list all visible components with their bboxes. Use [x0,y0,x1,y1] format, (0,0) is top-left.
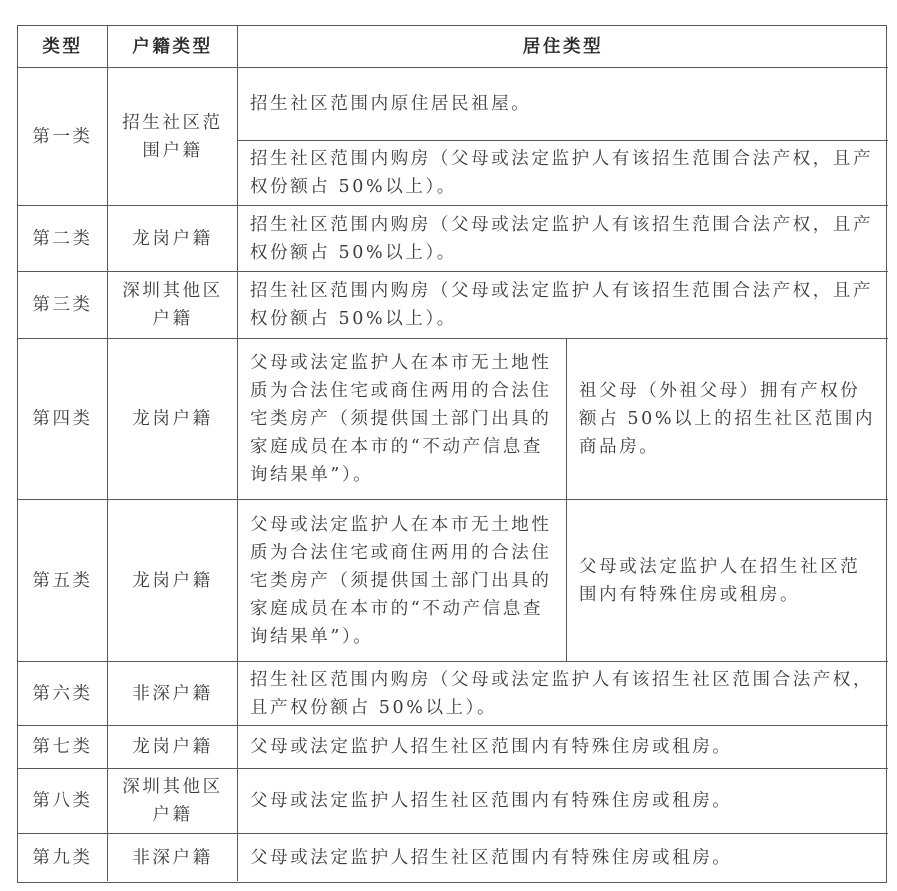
row-5-hukou: 龙岗户籍 [108,500,238,662]
residence-text: 父母或法定监护人在本市无土地性质为合法住宅或商住两用的合法住宅类房产（须提供国土… [250,349,560,489]
header-hukou-type-label: 户籍类型 [132,33,212,61]
residence-text: 父母或法定监护人招生社区范围内有特殊住房或租房。 [250,844,732,872]
type-label: 第二类 [32,225,92,253]
hukou-label: 龙岗户籍 [132,733,212,761]
residence-text: 父母或法定监护人在本市无土地性质为合法住宅或商住两用的合法住宅类房产（须提供国土… [250,511,560,651]
row-1-residence-b: 招生社区范围内购房（父母或法定监护人有该招生范围合法产权，且产权份额占 50%以… [238,141,888,206]
row-2-residence: 招生社区范围内购房（父母或法定监护人有该招生范围合法产权，且产权份额占 50%以… [238,206,888,272]
hukou-label: 招生社区范围户籍 [118,109,227,165]
residence-text: 招生社区范围内购房（父母或法定监护人有该招生范围合法产权，且产权份额占 50%以… [250,277,880,333]
row-3-residence: 招生社区范围内购房（父母或法定监护人有该招生范围合法产权，且产权份额占 50%以… [238,272,888,339]
hukou-label: 龙岗户籍 [132,405,212,433]
header-hukou-type: 户籍类型 [108,26,238,68]
hukou-label: 非深户籍 [132,844,212,872]
residence-text: 祖父母（外祖父母）拥有产权份额占 50%以上的招生社区范围内商品房。 [579,377,880,461]
row-8-residence: 父母或法定监护人招生社区范围内有特殊住房或租房。 [238,769,888,834]
residence-text: 招生社区范围内购房（父母或法定监护人有该招生社区范围合法产权，且产权份额占 50… [250,666,880,722]
row-8-hukou: 深圳其他区户籍 [108,769,238,834]
row-1-residence-a: 招生社区范围内原住居民祖屋。 [238,68,888,141]
type-label: 第八类 [32,787,92,815]
residence-text: 招生社区范围内购房（父母或法定监护人有该招生范围合法产权，且产权份额占 50%以… [250,145,880,201]
hukou-label: 非深户籍 [132,680,212,708]
residence-text: 父母或法定监护人在招生社区范围内有特殊住房或租房。 [579,553,880,609]
type-label: 第六类 [32,680,92,708]
type-label: 第四类 [32,405,92,433]
row-3-hukou: 深圳其他区户籍 [108,272,238,339]
residence-text: 招生社区范围内购房（父母或法定监护人有该招生范围合法产权，且产权份额占 50%以… [250,211,880,267]
type-label: 第七类 [32,733,92,761]
row-5-residence-a: 父母或法定监护人在本市无土地性质为合法住宅或商住两用的合法住宅类房产（须提供国土… [238,500,567,662]
row-4-type: 第四类 [18,339,108,500]
row-7-type: 第七类 [18,726,108,769]
header-residence-type: 居住类型 [238,26,888,68]
row-9-residence: 父母或法定监护人招生社区范围内有特殊住房或租房。 [238,834,888,881]
header-type-label: 类型 [42,33,82,61]
row-2-type: 第二类 [18,206,108,272]
row-4-residence-b: 祖父母（外祖父母）拥有产权份额占 50%以上的招生社区范围内商品房。 [567,339,888,500]
hukou-label: 龙岗户籍 [132,225,212,253]
enrollment-category-table: 类型 户籍类型 居住类型 第一类 招生社区范围户籍 招生社区范围内原住居民祖屋。… [17,25,887,883]
header-residence-type-label: 居住类型 [523,33,603,61]
row-5-residence-b: 父母或法定监护人在招生社区范围内有特殊住房或租房。 [567,500,888,662]
type-label: 第五类 [32,567,92,595]
row-7-hukou: 龙岗户籍 [108,726,238,769]
hukou-label: 龙岗户籍 [132,567,212,595]
row-7-residence: 父母或法定监护人招生社区范围内有特殊住房或租房。 [238,726,888,769]
hukou-label: 深圳其他区户籍 [118,277,227,333]
row-3-type: 第三类 [18,272,108,339]
header-type: 类型 [18,26,108,68]
row-6-type: 第六类 [18,662,108,726]
row-2-hukou: 龙岗户籍 [108,206,238,272]
row-1-hukou: 招生社区范围户籍 [108,68,238,206]
row-6-hukou: 非深户籍 [108,662,238,726]
residence-text: 招生社区范围内原住居民祖屋。 [250,90,531,118]
residence-text: 父母或法定监护人招生社区范围内有特殊住房或租房。 [250,787,732,815]
row-9-type: 第九类 [18,834,108,881]
type-label: 第九类 [32,844,92,872]
row-8-type: 第八类 [18,769,108,834]
type-label: 第三类 [32,291,92,319]
row-1-type: 第一类 [18,68,108,206]
type-label: 第一类 [32,123,92,151]
hukou-label: 深圳其他区户籍 [118,773,227,829]
row-4-residence-a: 父母或法定监护人在本市无土地性质为合法住宅或商住两用的合法住宅类房产（须提供国土… [238,339,567,500]
row-6-residence: 招生社区范围内购房（父母或法定监护人有该招生社区范围合法产权，且产权份额占 50… [238,662,888,726]
row-9-hukou: 非深户籍 [108,834,238,881]
row-4-hukou: 龙岗户籍 [108,339,238,500]
residence-text: 父母或法定监护人招生社区范围内有特殊住房或租房。 [250,733,732,761]
row-5-type: 第五类 [18,500,108,662]
